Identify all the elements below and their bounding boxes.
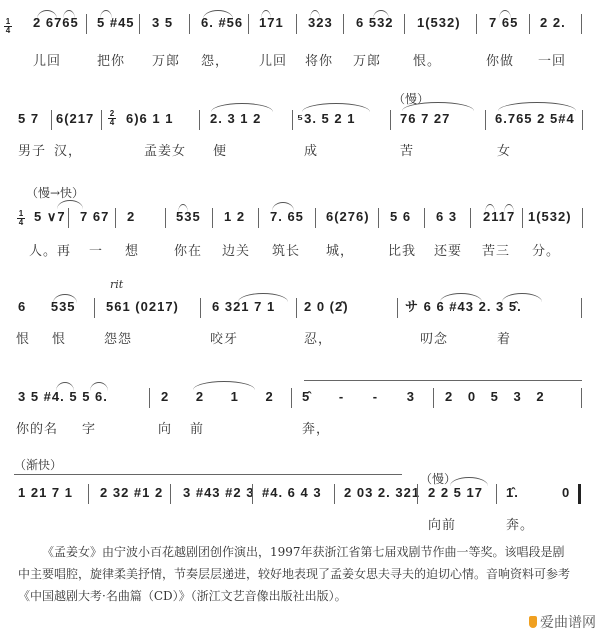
measure: 5̂ - - 3 (302, 386, 415, 408)
lyric: 把你 (97, 50, 125, 69)
measure: ⁵3. 5 2 1 (297, 108, 355, 130)
watermark-text: 爱曲谱网 (540, 612, 596, 632)
lyric: 怨， (201, 50, 229, 69)
lyric: 你做 (486, 50, 514, 69)
measure: #4. 6 4 3 (262, 482, 322, 504)
measure: 6(217 (56, 108, 94, 130)
measure: 1(532) (528, 206, 572, 228)
lyric: 万郎 (152, 50, 180, 69)
lyric: 万郎 (353, 50, 381, 69)
lyric: 你的名 (16, 418, 58, 437)
measure: 2 0 (2̂) (304, 296, 349, 318)
measure: 5 #45 (97, 12, 135, 34)
tempo-mark: （渐快） (14, 456, 62, 473)
measure: 6 535 (18, 296, 76, 318)
measure: 2. 3 1 2 (210, 108, 261, 130)
lyric: 城， (326, 240, 354, 259)
lyric: 一 (89, 240, 103, 259)
measure: 6 321 7 1 (212, 296, 275, 318)
lyric: 怨怨 (104, 328, 132, 347)
measure: 5 7 (18, 108, 39, 130)
lyric: 分。 (532, 240, 560, 259)
lyric: 儿回 (33, 50, 61, 69)
lyric: 一回 (538, 50, 566, 69)
measure: 6 532 (356, 12, 394, 34)
watermark-logo: 爱曲谱网 (529, 612, 596, 632)
final-barline (578, 484, 581, 504)
music-note-icon (529, 616, 537, 628)
lyric: 向 (158, 418, 172, 437)
measure: 2 6765 (33, 12, 79, 34)
lyric: 孟姜女 (144, 140, 186, 159)
lyric: 人。再 (29, 240, 71, 259)
measure: 6)6 1 1 (126, 108, 173, 130)
measure: 561 (0217) (106, 296, 179, 318)
measure: 6.765 2 5#4 (495, 108, 575, 130)
annotation-line-1: 《孟姜女》由宁波小百花越剧团创作演出，1997年获浙江省第七届戏剧节作曲一等奖。… (18, 543, 582, 562)
lyric: 着 (497, 328, 511, 347)
lyric: 女 (497, 140, 511, 159)
lyric: 还要 (434, 240, 462, 259)
measure: 6. #56 (201, 12, 243, 34)
measure: 7 65 (489, 12, 518, 34)
measure: 3 5 #4. 5 5 6. (18, 386, 108, 408)
measure: 76 7 27 (400, 108, 450, 130)
lyric: 男子 (18, 140, 46, 159)
measure: 2 03 2. 321 (344, 482, 420, 504)
lyric: 想 (125, 240, 139, 259)
tempo-mark: rit (110, 278, 123, 291)
lyric: 前 (190, 418, 204, 437)
lyric: 儿回 (259, 50, 287, 69)
measure: 171 (259, 12, 284, 34)
lyric: 忍， (304, 328, 332, 347)
measure: 2 2 5 17 (428, 482, 483, 504)
measure: 3 #43 #2 3 (183, 482, 254, 504)
measure: 2 2. (540, 12, 566, 34)
lyric: 奔。 (506, 514, 534, 533)
lyric: 筑长 (272, 240, 300, 259)
lyric: 叨念 (420, 328, 448, 347)
measure: 2 (127, 206, 135, 228)
measure: 6 3 (436, 206, 457, 228)
lyric: 苦三 (482, 240, 510, 259)
lyric: 恨 (52, 328, 66, 347)
lyric: 字 (82, 418, 96, 437)
measure: 2 0 5 3 2 (445, 386, 545, 408)
annotation-line-3: 《中国越剧大考·名曲篇（CD）》（浙江文艺音像出版社出版）。 (18, 587, 582, 606)
measure: 535 (176, 206, 201, 228)
lyric: 苦 (400, 140, 414, 159)
measure: 7. 65 (270, 206, 304, 228)
measure: 3 5 (152, 12, 173, 34)
measure: 2117 (483, 206, 515, 228)
measure: 323 (308, 12, 333, 34)
lyric: 边关 (222, 240, 250, 259)
measure: 5 6 (390, 206, 411, 228)
time-signature: 2 4 (108, 110, 116, 127)
lyric: 将你 (305, 50, 333, 69)
tempo-mark: （慢→快） (26, 184, 84, 201)
lyric: 你在 (174, 240, 202, 259)
measure: 0 (562, 482, 570, 504)
lyric: 比我 (388, 240, 416, 259)
measure: 5 ∨7 (34, 206, 66, 228)
measure: 2 32 #1 2 (100, 482, 163, 504)
lyric: 咬牙 (210, 328, 238, 347)
annotation-line-2: 中主要唱腔，旋律柔美抒情，节奏层层递进，较好地表现了孟姜女思夫寻夫的迫切心情。音… (18, 565, 582, 584)
lyric: 便 (213, 140, 227, 159)
measure: 1(532) (417, 12, 461, 34)
lyric: 奔， (302, 418, 330, 437)
measure: 1 2 (224, 206, 245, 228)
lyric: 成 (304, 140, 318, 159)
measure: 1 21 7 1 (18, 482, 73, 504)
measure: 7 67 (80, 206, 109, 228)
measure: サ 6 6 #43 2. 3 5̂. (405, 296, 522, 318)
lyric: 恨 (16, 328, 30, 347)
measure: 6(276) (326, 206, 370, 228)
lyric: 汉， (54, 140, 82, 159)
lyric: 恨。 (413, 50, 441, 69)
measure: 2 2 1 2 (161, 386, 274, 408)
lyric: 向前 (428, 514, 456, 533)
measure: 1̂. (506, 482, 519, 504)
